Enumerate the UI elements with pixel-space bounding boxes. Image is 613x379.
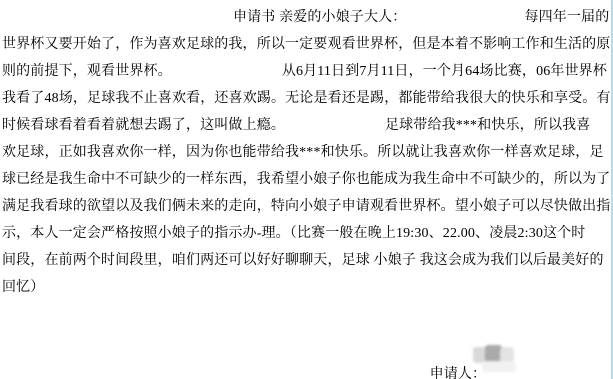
- signature-line: 申请人：: [415, 348, 486, 366]
- doc-line-text: 欢足球，正如我喜欢你一样，因为你也能带给我***和快乐。所以就让我喜欢你一样喜欢…: [2, 145, 604, 160]
- applicant-name-redacted: [473, 344, 521, 374]
- doc-line-text: 足球带给我***和快乐，所以我喜: [385, 118, 590, 133]
- doc-line-text: 回忆）: [2, 280, 44, 295]
- line-gap: [285, 128, 385, 129]
- redact-block: [482, 361, 516, 372]
- doc-line-text: 从6月11日到7月11日，一个月64场比赛，06年世界杯: [282, 64, 607, 79]
- document-page: 申请书 亲爱的小娘子大人：每四年一届的 世界杯又要开始了，作为喜欢足球的我，所以…: [0, 0, 613, 379]
- doc-title-and-salutation: 申请书 亲爱的小娘子大人：每四年一届的: [233, 9, 609, 27]
- doc-line: 球已经是我生命中不可缺少的一样东西，我希望小娘子你也能成为我生命中不可缺少的，所…: [2, 171, 610, 189]
- doc-line-text: 球已经是我生命中不可缺少的一样东西，我希望小娘子你也能成为我生命中不可缺少的，所…: [2, 172, 610, 187]
- doc-line-text: 每四年一届的: [524, 10, 609, 25]
- doc-title: 申请书 亲爱的小娘子大人：: [233, 10, 406, 25]
- doc-line-text: 间段，在前两个时间段里，咱们两还可以好好聊聊天，足球 小娘子 我这会成为我们以后…: [2, 253, 604, 268]
- doc-line-text: 时候看球看着看着就想去踢了，这叫做上瘾。: [2, 118, 285, 133]
- doc-line: 世界杯又要开始了，作为喜欢足球的我，所以一定要观看世界杯，但是本着不影响工作和生…: [2, 36, 610, 54]
- doc-line: 间段，在前两个时间段里，咱们两还可以好好聊聊天，足球 小娘子 我这会成为我们以后…: [2, 252, 604, 270]
- doc-line-text: 示，本人一定会严格按照小娘子的指示办-理。（比赛一般在晚上19:30、22.00…: [2, 226, 585, 241]
- doc-line-text: 则的前提下，观看世界杯。: [2, 64, 172, 79]
- line-gap: [172, 74, 282, 75]
- doc-line: 时候看球看着看着就想去踢了，这叫做上瘾。足球带给我***和快乐，所以我喜: [2, 117, 590, 135]
- line-gap: [406, 20, 524, 21]
- doc-line-text: 满足我看球的欲望以及我们俩未来的走向，特向小娘子申请观看世界杯。望小娘子可以尽快…: [2, 199, 610, 214]
- doc-line: 我看了48场，足球我不止喜欢看，还喜欢踢。无论是看还是踢，都能带给我很大的快乐和…: [2, 90, 611, 108]
- doc-line: 欢足球，正如我喜欢你一样，因为你也能带给我***和快乐。所以就让我喜欢你一样喜欢…: [2, 144, 604, 162]
- doc-line: 满足我看球的欲望以及我们俩未来的走向，特向小娘子申请观看世界杯。望小娘子可以尽快…: [2, 198, 610, 216]
- doc-line-text: 我看了48场，足球我不止喜欢看，还喜欢踢。无论是看还是踢，都能带给我很大的快乐和…: [2, 91, 611, 106]
- doc-line-text: 世界杯又要开始了，作为喜欢足球的我，所以一定要观看世界杯，但是本着不影响工作和生…: [2, 37, 610, 52]
- doc-line: 则的前提下，观看世界杯。从6月11日到7月11日，一个月64场比赛，06年世界杯: [2, 63, 607, 81]
- doc-line: 回忆）: [2, 279, 44, 297]
- doc-line: 示，本人一定会严格按照小娘子的指示办-理。（比赛一般在晚上19:30、22.00…: [2, 225, 585, 243]
